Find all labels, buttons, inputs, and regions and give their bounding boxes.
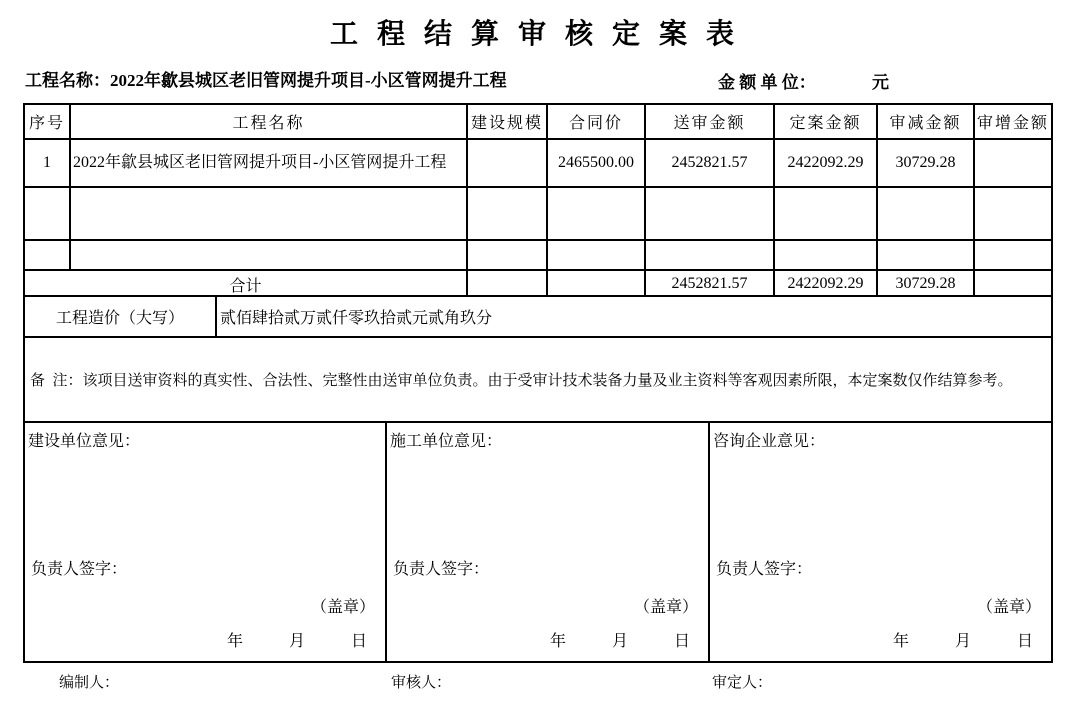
summary-table: 序号 工程名称 建设规模 合同价 送审金额 定案金额 审减金额 审增金额 1 2…: [25, 105, 1051, 297]
project-name-line: 工程名称：2022年歙县城区老旧管网提升项目-小区管网提升工程: [25, 66, 507, 91]
empty-cell: [547, 240, 645, 270]
month-label: 月: [289, 628, 305, 651]
seal-label: （盖章）: [311, 594, 375, 617]
empty-cell: [877, 240, 974, 270]
reviewer-label: 审核人：: [391, 671, 451, 692]
date-line: 年 月 日: [387, 628, 708, 651]
empty-cell: [974, 240, 1051, 270]
empty-cell: [547, 187, 645, 240]
opinions-section: 建设单位意见： 负责人签字： （盖章） 年 月 日 施工单位意见： 负责人签字：…: [25, 423, 1051, 661]
amount-unit-value: 元: [872, 68, 889, 93]
empty-cell: [70, 187, 467, 240]
header-finalized-amount: 定案金额: [774, 105, 877, 139]
signature-label: 负责人签字：: [31, 556, 127, 579]
total-finalized-amount: 2422092.29: [774, 270, 877, 297]
empty-cell: [774, 187, 877, 240]
total-scale: [467, 270, 547, 297]
date-line: 年 月 日: [710, 628, 1051, 651]
seal-label: （盖章）: [977, 594, 1041, 617]
header-project-name: 工程名称: [70, 105, 467, 139]
signature-label: 负责人签字：: [716, 556, 812, 579]
empty-cell: [70, 240, 467, 270]
cost-in-words-row: 工程造价（大写） 贰佰肆拾贰万贰仟零玖拾贰元贰角玖分: [25, 297, 1051, 338]
table-header-row: 序号 工程名称 建设规模 合同价 送审金额 定案金额 审减金额 审增金额: [25, 105, 1051, 139]
empty-cell: [25, 240, 70, 270]
empty-cell: [974, 187, 1051, 240]
seal-label: （盖章）: [634, 594, 698, 617]
row1-submitted-amount: 2452821.57: [645, 139, 774, 187]
empty-cell: [467, 187, 547, 240]
row1-scale: [467, 139, 547, 187]
total-reduced-amount: 30729.28: [877, 270, 974, 297]
day-label: 日: [1017, 628, 1033, 651]
total-increased-amount: [974, 270, 1051, 297]
opinion-title: 施工单位意见：: [390, 428, 502, 451]
empty-cell: [774, 240, 877, 270]
total-submitted-amount: 2452821.57: [645, 270, 774, 297]
row1-seq: 1: [25, 139, 70, 187]
row1-contract-price: 2465500.00: [547, 139, 645, 187]
header-submitted-amount: 送审金额: [645, 105, 774, 139]
date-line: 年 月 日: [25, 628, 385, 651]
total-label: 合计: [25, 270, 467, 297]
opinion-box-contractor-unit: 施工单位意见： 负责人签字： （盖章） 年 月 日: [387, 423, 710, 661]
cost-in-words-value: 贰佰肆拾贰万贰仟零玖拾贰元贰角玖分: [217, 297, 1051, 336]
header-construction-scale: 建设规模: [467, 105, 547, 139]
day-label: 日: [674, 628, 690, 651]
empty-cell: [467, 240, 547, 270]
year-label: 年: [893, 628, 909, 651]
header-seq: 序号: [25, 105, 70, 139]
total-row: 合计 2452821.57 2422092.29 30729.28: [25, 270, 1051, 297]
header-increased-amount: 审增金额: [974, 105, 1051, 139]
day-label: 日: [351, 628, 367, 651]
opinion-title: 建设单位意见：: [28, 428, 140, 451]
table-row: 1 2022年歙县城区老旧管网提升项目-小区管网提升工程 2465500.00 …: [25, 139, 1051, 187]
amount-unit-label: 金 额 单 位：: [718, 68, 816, 93]
empty-cell: [645, 187, 774, 240]
preparer-label: 编制人：: [59, 671, 119, 692]
row1-project-name: 2022年歙县城区老旧管网提升项目-小区管网提升工程: [70, 139, 467, 187]
settlement-audit-form: 工 程 结 算 审 核 定 案 表 工程名称：2022年歙县城区老旧管网提升项目…: [0, 0, 1070, 707]
month-label: 月: [955, 628, 971, 651]
header-reduced-amount: 审减金额: [877, 105, 974, 139]
table-row: [25, 187, 1051, 240]
header-contract-price: 合同价: [547, 105, 645, 139]
empty-cell: [25, 187, 70, 240]
opinion-box-construction-unit: 建设单位意见： 负责人签字： （盖章） 年 月 日: [25, 423, 387, 661]
table-row: [25, 240, 1051, 270]
row1-reduced-amount: 30729.28: [877, 139, 974, 187]
opinion-box-consulting-firm: 咨询企业意见： 负责人签字： （盖章） 年 月 日: [710, 423, 1051, 661]
remark-text: 该项目送审资料的真实性、合法性、完整性由送审单位负责。由于受审计技术装备力量及业…: [83, 369, 1013, 390]
remark-row: 备 注： 该项目送审资料的真实性、合法性、完整性由送审单位负责。由于受审计技术装…: [25, 338, 1051, 423]
row1-increased-amount: [974, 139, 1051, 187]
summary-table-section: 序号 工程名称 建设规模 合同价 送审金额 定案金额 审减金额 审增金额 1 2…: [25, 105, 1051, 297]
form-title: 工 程 结 算 审 核 定 案 表: [0, 12, 1070, 52]
total-contract-price: [547, 270, 645, 297]
remark-label: 备 注：: [30, 369, 83, 390]
empty-cell: [645, 240, 774, 270]
signature-label: 负责人签字：: [393, 556, 489, 579]
opinion-title: 咨询企业意见：: [713, 428, 825, 451]
month-label: 月: [612, 628, 628, 651]
empty-cell: [877, 187, 974, 240]
year-label: 年: [227, 628, 243, 651]
row1-finalized-amount: 2422092.29: [774, 139, 877, 187]
cost-in-words-label: 工程造价（大写）: [25, 297, 217, 336]
year-label: 年: [550, 628, 566, 651]
form-body: 序号 工程名称 建设规模 合同价 送审金额 定案金额 审减金额 审增金额 1 2…: [23, 103, 1053, 663]
approver-label: 审定人：: [712, 671, 772, 692]
